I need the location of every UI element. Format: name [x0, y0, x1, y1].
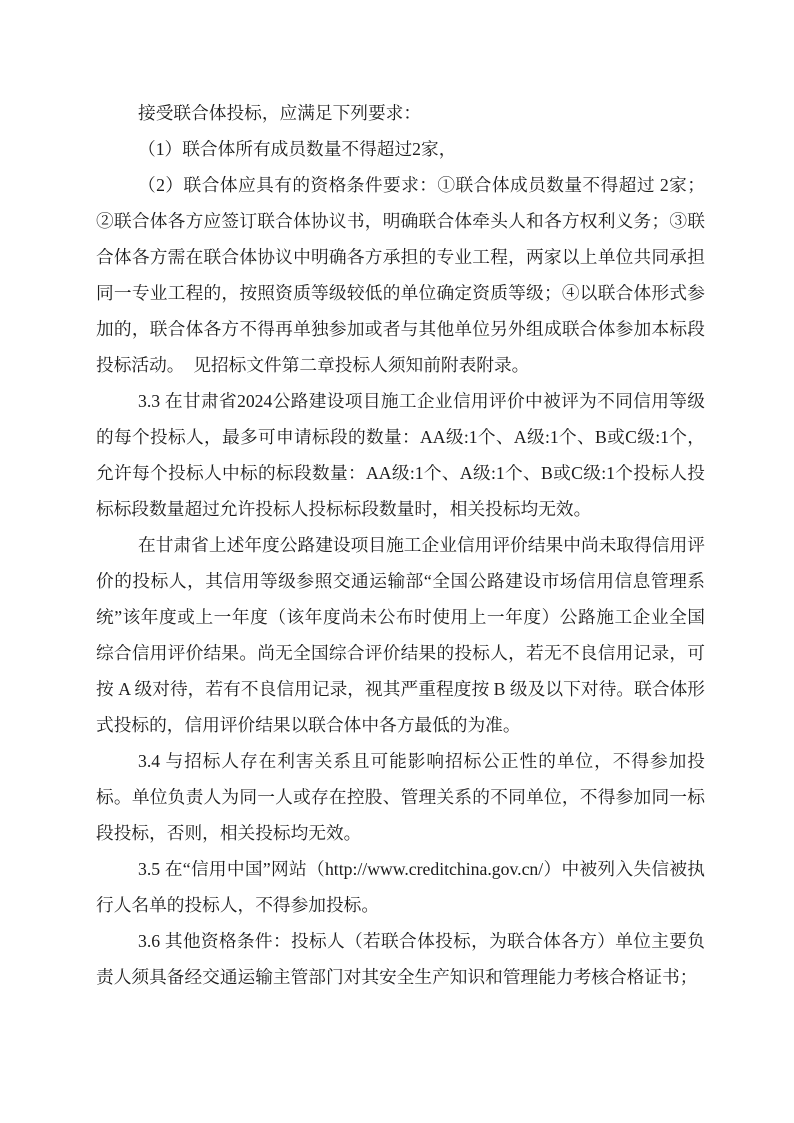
paragraph-jv-item-1: （1）联合体所有成员数量不得超过2家，	[96, 131, 705, 167]
paragraph-clause-3-4: 3.4 与招标人存在利害关系且可能影响招标公正性的单位，不得参加投标。单位负责人…	[96, 743, 705, 851]
paragraph-clause-3-6: 3.6 其他资格条件：投标人（若联合体投标，为联合体各方）单位主要负责人须具备经…	[96, 923, 705, 995]
document-page: 接受联合体投标，应满足下列要求： （1）联合体所有成员数量不得超过2家， （2）…	[0, 0, 794, 1123]
paragraph-jv-item-2: （2）联合体应具有的资格条件要求：①联合体成员数量不得超过 2家；②联合体各方应…	[96, 167, 705, 383]
paragraph-jv-requirements-intro: 接受联合体投标，应满足下列要求：	[96, 95, 705, 131]
paragraph-clause-3-3-credit: 在甘肃省上述年度公路建设项目施工企业信用评价结果中尚未取得信用评价的投标人，其信…	[96, 527, 705, 743]
paragraph-clause-3-3: 3.3 在甘肃省2024公路建设项目施工企业信用评价中被评为不同信用等级的每个投…	[96, 383, 705, 527]
paragraph-clause-3-5: 3.5 在“信用中国”网站（http://www.creditchina.gov…	[96, 851, 705, 923]
